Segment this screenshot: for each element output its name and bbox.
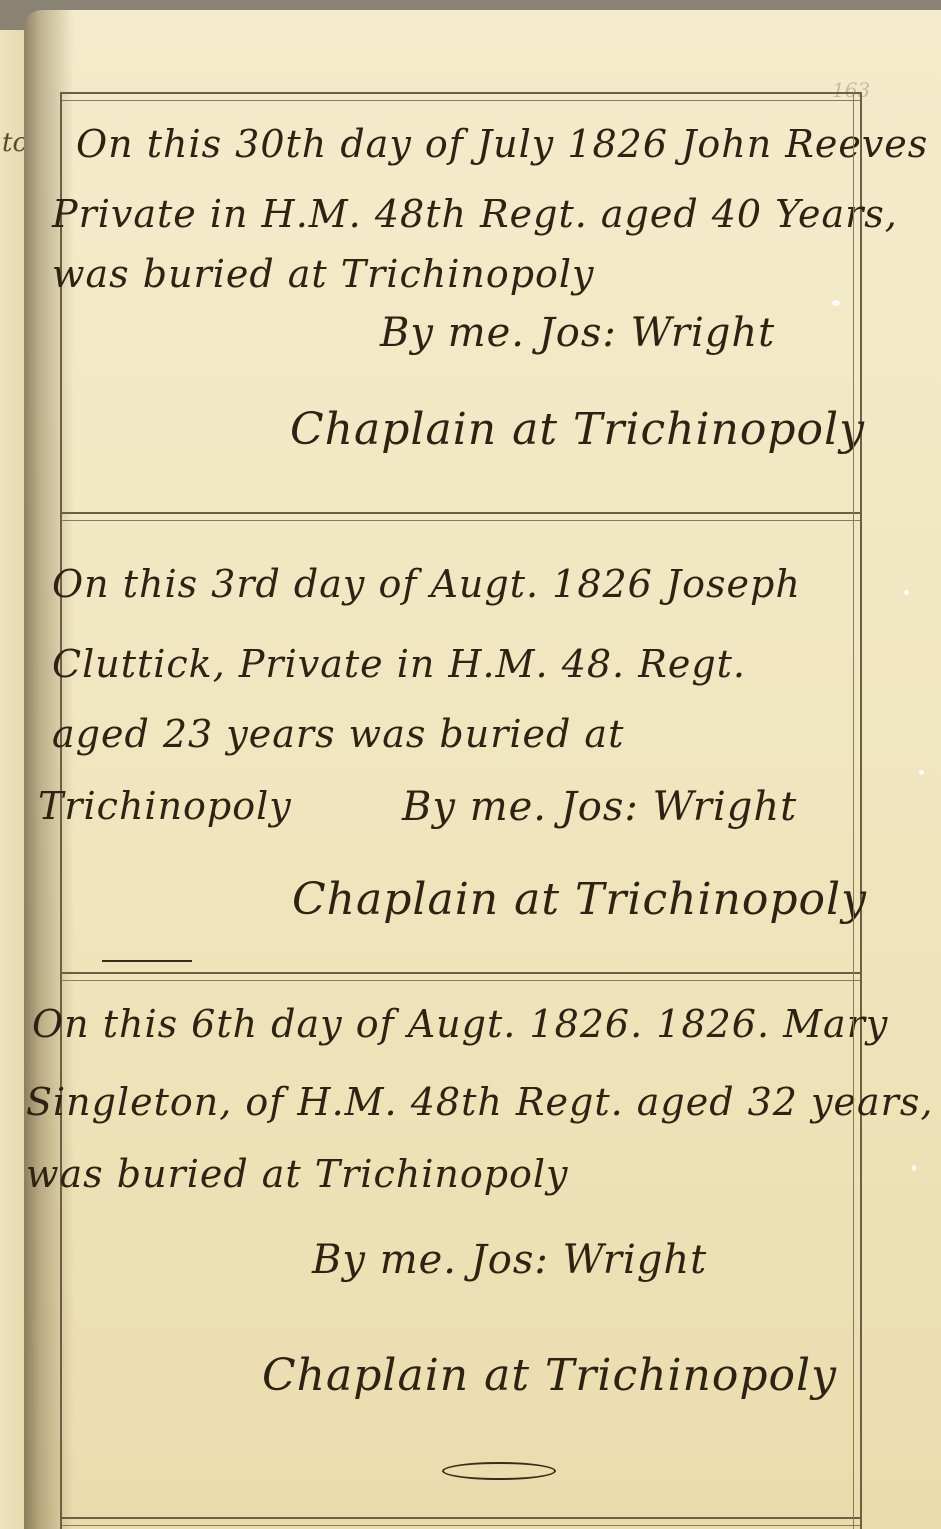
entry-text-line: aged 23 years was buried at: [52, 712, 624, 756]
entry-rule: [62, 512, 860, 521]
register-frame: On this 30th day of July 1826 John Reeve…: [60, 92, 862, 1529]
register-page: 163 On this 30th day of July 1826 John R…: [24, 10, 941, 1529]
oval-flourish: [442, 1462, 556, 1480]
burial-entry-1: On this 30th day of July 1826 John Reeve…: [62, 92, 860, 512]
bottom-rule: [62, 1517, 860, 1526]
dash-flourish: [102, 960, 192, 962]
paper-hole: [832, 300, 840, 306]
entry-text-line: Trichinopoly: [38, 784, 292, 828]
signature: By me. Jos: Wright: [312, 1237, 707, 1283]
entry-rule: [62, 92, 860, 101]
paper-hole: [904, 590, 909, 595]
burial-entry-3: On this 6th day of Augt. 1826. 1826. Mar…: [62, 972, 860, 1529]
entry-text-line: was buried at Trichinopoly: [52, 252, 595, 296]
signature: By me. Jos: Wright: [380, 310, 775, 356]
entry-text-line: Singleton, of H.M. 48th Regt. aged 32 ye…: [26, 1080, 933, 1124]
burial-entry-2: On this 3rd day of Augt. 1826 Joseph Clu…: [62, 512, 860, 972]
paper-hole: [919, 770, 924, 775]
chaplain-title: Chaplain at Trichinopoly: [292, 874, 867, 925]
entry-text-line: On this 30th day of July 1826 John Reeve…: [76, 122, 928, 166]
entry-text-line: On this 6th day of Augt. 1826. 1826. Mar…: [32, 1002, 888, 1046]
signature: By me. Jos: Wright: [402, 784, 797, 830]
entry-text-line: On this 3rd day of Augt. 1826 Joseph: [52, 562, 801, 606]
entry-text-line: Cluttick, Private in H.M. 48. Regt.: [52, 642, 746, 686]
entry-text-line: Private in H.M. 48th Regt. aged 40 Years…: [52, 192, 898, 236]
entry-text-line: was buried at Trichinopoly: [26, 1152, 569, 1196]
chaplain-title: Chaplain at Trichinopoly: [262, 1350, 837, 1401]
paper-hole: [912, 1165, 916, 1171]
entry-rule: [62, 972, 860, 981]
chaplain-title: Chaplain at Trichinopoly: [290, 404, 865, 455]
